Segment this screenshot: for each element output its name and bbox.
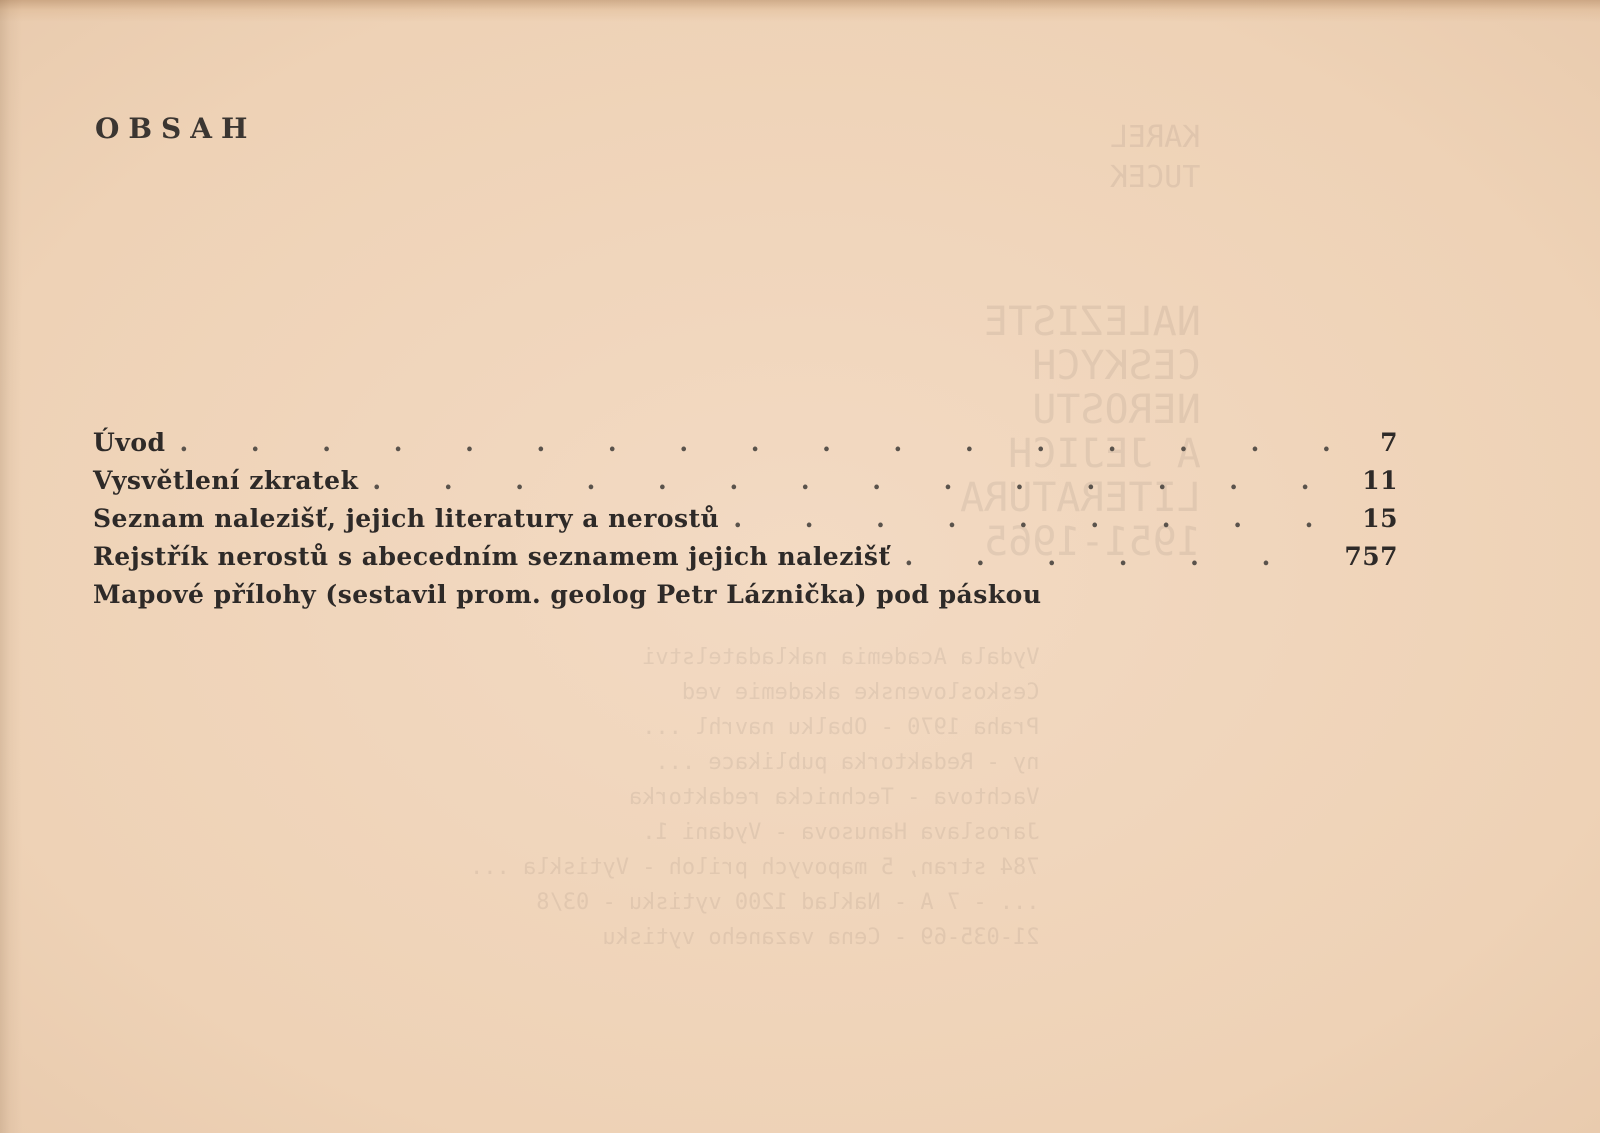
toc-entry: Úvod . . . . . . . . . . . . . . . . . .…: [93, 428, 1398, 466]
toc-entry: Mapové přílohy (sestavil prom. geolog Pe…: [93, 580, 1398, 618]
table-of-contents: Úvod . . . . . . . . . . . . . . . . . .…: [93, 428, 1398, 618]
toc-leader-dots: . . . . . . . . . . . . . . . . . . . . …: [905, 542, 1335, 571]
toc-leader-dots: . . . . . . . . . . . . . . . . . . . . …: [179, 428, 1348, 457]
toc-entry: Vysvětlení zkratek . . . . . . . . . . .…: [93, 466, 1398, 504]
toc-entry: Rejstřík nerostů s abecedním seznamem je…: [93, 542, 1398, 580]
bleed-through-text: KAREL TUCEK: [1110, 118, 1200, 198]
toc-entry: Seznam nalezišť, jejich literatury a ner…: [93, 504, 1398, 542]
toc-entry-label: Seznam nalezišť, jejich literatury a ner…: [93, 504, 719, 533]
page-title: OBSAH: [95, 112, 256, 145]
toc-entry-label: Vysvětlení zkratek: [93, 466, 358, 495]
toc-entry-label: Úvod: [93, 428, 165, 457]
toc-page-number: 7: [1358, 428, 1398, 457]
toc-page-number: 15: [1358, 504, 1398, 533]
toc-entry-label: Rejstřík nerostů s abecedním seznamem je…: [93, 542, 891, 571]
toc-leader-dots: . . . . . . . . . . . . . . . . . . . . …: [372, 466, 1348, 495]
toc-entry-label: Mapové přílohy (sestavil prom. geolog Pe…: [93, 580, 1042, 609]
toc-page-number: 757: [1344, 542, 1398, 571]
toc-page-number: 11: [1358, 466, 1398, 495]
toc-leader-dots: . . . . . . . . . . . . . . . . . . . . …: [733, 504, 1348, 533]
bleed-through-text: Vydala Academia nakladatelstvi Ceskoslov…: [470, 640, 1040, 955]
